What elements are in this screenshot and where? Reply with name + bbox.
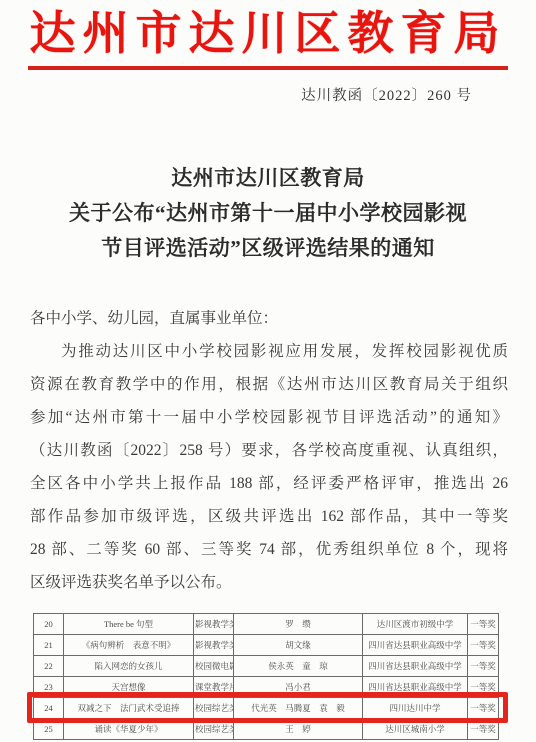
cell-school: 达川区城南小学 xyxy=(363,719,468,740)
body-line: 区级评选获奖名单予以公布。 xyxy=(30,566,508,599)
cell-entry-no: 25 xyxy=(34,719,64,740)
table-row: 20 There be 句型 影视教学类 罗 缵 达川区渡市初级中学 一等奖 xyxy=(34,614,499,635)
cell-authors: 王 婷 xyxy=(234,719,363,740)
notice-title-line-2: 关于公布“达州市第十一届中小学校园影视 xyxy=(0,196,536,231)
cell-school: 四川省达县职业高级中学 xyxy=(363,656,468,677)
table-row-highlighted: 24 双减之下 法门武术受追捧 校园综艺类 代光英 马腾夏 袁 毅 四川达川中学… xyxy=(34,698,499,719)
cell-authors: 冯小君 xyxy=(234,677,363,698)
body-line: 资源在教育教学中的作用，根据《达州市达川区教育局关于组织 xyxy=(30,368,508,401)
cell-school: 四川达川中学 xyxy=(363,698,468,719)
cell-authors: 胡文缘 xyxy=(234,635,363,656)
body-line: 28 部、二等奖 60 部、三等奖 74 部，优秀组织单位 8 个，现将 xyxy=(30,533,508,566)
cell-category: 校园综艺类 xyxy=(194,719,234,740)
letterhead-org-name: 达州市达川区教育局 xyxy=(0,8,536,60)
cell-work-title: 陷入网恋的女孩儿 xyxy=(64,656,194,677)
notice-title: 达州市达川区教育局 关于公布“达州市第十一届中小学校园影视 节目评选活动”区级评… xyxy=(0,161,536,266)
cell-authors: 侯永英 童 琼 xyxy=(234,656,363,677)
cell-award: 一等奖 xyxy=(468,698,499,719)
salutation-line: 各中小学、幼儿园，直属事业单位： xyxy=(30,302,508,335)
table-row: 22 陷入网恋的女孩儿 校园微电影 侯永英 童 琼 四川省达县职业高级中学 一等… xyxy=(34,656,499,677)
cell-entry-no: 24 xyxy=(34,698,64,719)
body-line: 全区各中小学共上报作品 188 部，经评委严格评审，推选出 26 xyxy=(30,467,508,500)
table-row: 25 诵读《华夏少年》 校园综艺类 王 婷 达川区城南小学 一等奖 xyxy=(34,719,499,740)
cell-work-title: 天宫想像 xyxy=(64,677,194,698)
table-row: 21 《病句辨析 表意不明》 影视教学类 胡文缘 四川省达县职业高级中学 一等奖 xyxy=(34,635,499,656)
notice-title-line-3: 节目评选活动”区级评选结果的通知 xyxy=(0,231,536,266)
cell-entry-no: 23 xyxy=(34,677,64,698)
cell-entry-no: 21 xyxy=(34,635,64,656)
cell-category: 校园微电影 xyxy=(194,656,234,677)
body-line: 为推动达川区中小学校园影视应用发展，发挥校园影视优质 xyxy=(30,335,508,368)
cell-authors: 罗 缵 xyxy=(234,614,363,635)
body-line: 参加“达州市第十一届中小学校园影视节目评选活动”的通知》 xyxy=(30,401,508,434)
awards-results-table: 20 There be 句型 影视教学类 罗 缵 达川区渡市初级中学 一等奖 2… xyxy=(33,613,499,740)
document-number: 达川教函〔2022〕260 号 xyxy=(0,84,536,105)
cell-work-title: 双减之下 法门武术受追捧 xyxy=(64,698,194,719)
cell-award: 一等奖 xyxy=(468,635,499,656)
document-page: 达州市达川区教育局 达川教函〔2022〕260 号 达州市达川区教育局 关于公布… xyxy=(0,0,536,742)
cell-category: 影视教学类 xyxy=(194,614,234,635)
cell-award: 一等奖 xyxy=(468,719,499,740)
cell-entry-no: 22 xyxy=(34,656,64,677)
letterhead-double-rule xyxy=(28,66,508,70)
cell-category: 影视教学类 xyxy=(194,635,234,656)
cell-work-title: 《病句辨析 表意不明》 xyxy=(64,635,194,656)
cell-authors: 代光英 马腾夏 袁 毅 xyxy=(234,698,363,719)
notice-body: 各中小学、幼儿园，直属事业单位： 为推动达川区中小学校园影视应用发展，发挥校园影… xyxy=(30,302,508,599)
awards-table-container: 20 There be 句型 影视教学类 罗 缵 达川区渡市初级中学 一等奖 2… xyxy=(33,613,498,740)
cell-award: 一等奖 xyxy=(468,614,499,635)
cell-award: 一等奖 xyxy=(468,656,499,677)
cell-work-title: 诵读《华夏少年》 xyxy=(64,719,194,740)
cell-school: 四川省达县职业高级中学 xyxy=(363,677,468,698)
cell-school: 四川省达县职业高级中学 xyxy=(363,635,468,656)
cell-entry-no: 20 xyxy=(34,614,64,635)
table-row: 23 天宫想像 课堂教学片 冯小君 四川省达县职业高级中学 一等奖 xyxy=(34,677,499,698)
cell-award: 一等奖 xyxy=(468,677,499,698)
notice-title-line-1: 达州市达川区教育局 xyxy=(0,161,536,196)
body-line: 部作品参加市级评选，区级共评选出 162 部作品，其中一等奖 xyxy=(30,500,508,533)
cell-work-title: There be 句型 xyxy=(64,614,194,635)
cell-category: 校园综艺类 xyxy=(194,698,234,719)
cell-school: 达川区渡市初级中学 xyxy=(363,614,468,635)
body-line: （达川教函〔2022〕258 号）要求，各学校高度重视、认真组织， xyxy=(30,434,508,467)
cell-category: 课堂教学片 xyxy=(194,677,234,698)
